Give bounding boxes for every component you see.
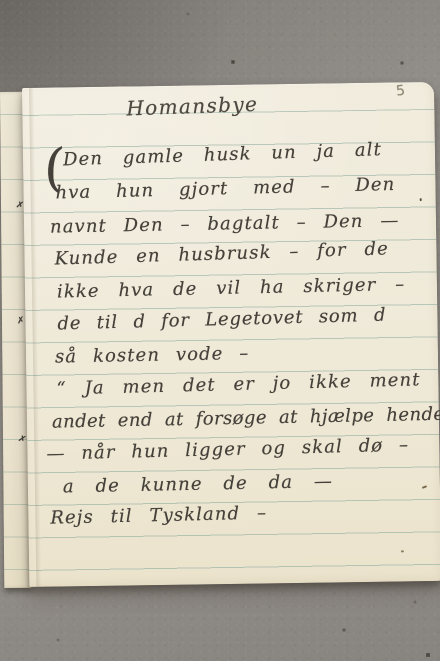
dust-specks (0, 0, 2, 2)
notebook-page: 5 Homansbye ( Den gamle husk un ja alt h… (22, 82, 440, 587)
handwriting-line: så kosten vode – (55, 343, 250, 368)
paper-blemish (420, 198, 422, 201)
margin-mark-icon: ✗ (16, 315, 26, 326)
page-number: 5 (395, 81, 419, 100)
paper-blemish (401, 550, 404, 552)
manuscript-photograph: 5 Homansbye ( Den gamle husk un ja alt h… (0, 0, 440, 661)
page-title: Homansbye (126, 92, 259, 121)
